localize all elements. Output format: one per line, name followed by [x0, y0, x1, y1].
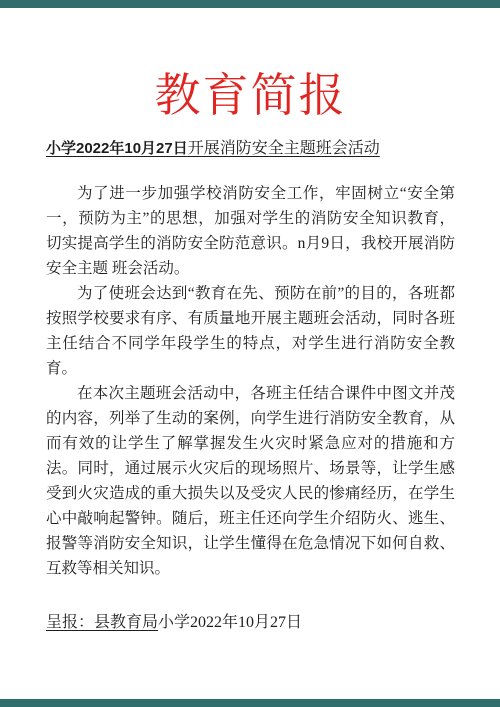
footer-submitted-to: 呈报：县教育局: [46, 614, 158, 631]
footer-line: 呈报：县教育局小学2022年10月27日: [46, 611, 455, 635]
bulletin-document: 教育简报 小学2022年10月27日开展消防安全主题班会活动 为了进一步加强学校…: [46, 0, 455, 635]
body-paragraph-1: 为了进一步加强学校消防安全工作，牢固树立“安全第一，预防为主”的思想，加强对学生…: [46, 181, 455, 281]
report-heading-date: 小学2022年10月27日: [46, 140, 188, 157]
report-body: 为了进一步加强学校消防安全工作，牢固树立“安全第一，预防为主”的思想，加强对学生…: [46, 181, 455, 581]
body-paragraph-3: 在本次主题班会活动中，各班主任结合课件中图文并茂的内容，列举了生动的案例，向学生…: [46, 381, 455, 581]
footer-date: 小学2022年10月27日: [158, 614, 302, 631]
bottom-border-bar: [0, 699, 500, 707]
bulletin-title: 教育简报: [46, 70, 455, 123]
report-heading: 小学2022年10月27日开展消防安全主题班会活动: [46, 138, 455, 160]
report-heading-subject: 开展消防安全主题班会活动: [188, 140, 380, 157]
body-paragraph-2: 为了使班会达到“教育在先、预防在前”的目的，各班都按照学校要求有序、有质量地开展…: [46, 281, 455, 381]
